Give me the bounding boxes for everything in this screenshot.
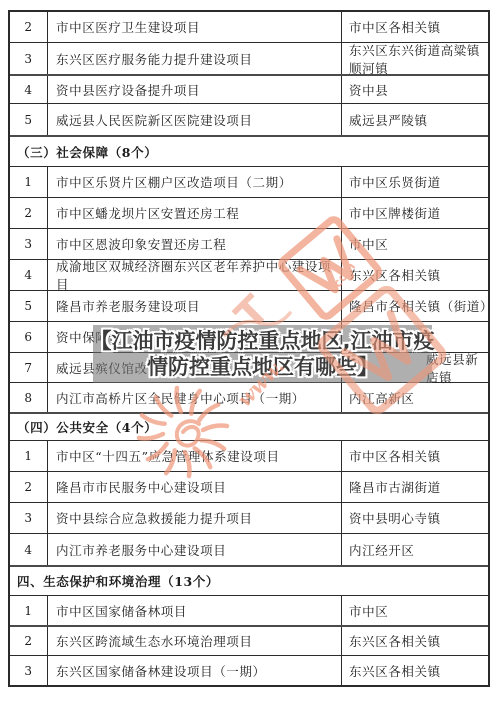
table-row: 3市中区恩波印象安置还房工程市中区 [10,228,488,259]
row-number: 1 [10,596,48,625]
table-row: 3东兴区国家储备林建设项目（一期）东兴区各相关镇 [10,655,488,685]
location-cell: 东兴区各相关镇 [342,260,488,290]
location-cell: 东兴区各相关镇 [342,656,488,685]
row-number: 7 [10,353,48,382]
table-row: 1市中区国家储备林项目市中区 [10,595,488,625]
row-number: 1 [10,441,48,471]
table-row: 4资中县医疗设备提升项目资中县 [10,74,488,103]
row-number: 6 [10,322,48,352]
row-number: 3 [10,503,48,533]
row-number: 3 [10,43,48,74]
location-cell: 东兴区东兴街道高粱镇顺河镇 [342,43,488,74]
location-cell: 威远县严陵镇 [342,104,488,135]
row-number: 3 [10,229,48,259]
watermark-title-overlay: 【江油市疫情防控重点地区,江油市疫 情防控重点地区有哪些】 [93,325,432,383]
row-number: 2 [10,472,48,502]
row-number: 1 [10,167,48,197]
document-page: 2市中区医疗卫生建设项目市中区各相关镇3东兴区医疗服务能力提升建设项目东兴区东兴… [0,0,500,707]
project-name-cell: 市中区国家储备林项目 [48,596,342,625]
table-row: 2市中区蟠龙坝片区安置还房工程市中区牌楼街道 [10,197,488,228]
project-name-cell: 东兴区跨流域生态水环境治理项目 [48,627,342,655]
project-name-cell: 东兴区国家储备林建设项目（一期） [48,656,342,685]
row-number: 2 [10,12,48,42]
row-number: 4 [10,260,48,290]
table-row: 4内江市养老服务中心建设项目内江经开区 [10,533,488,565]
location-cell: 市中区 [342,596,488,625]
table-row: 1市中区乐贤片区棚户区改造项目（二期）市中区乐贤街道 [10,166,488,197]
project-name-cell: 市中区“十四五”应急管理体系建设项目 [48,441,342,471]
table-row: 3资中县综合应急救援能力提升项目资中县明心寺镇 [10,502,488,533]
table-row: 8内江市高桥片区全民健身中心项目（一期）内江高新区 [10,382,488,412]
location-cell: 市中区牌楼街道 [342,198,488,228]
location-cell: 市中区各相关镇 [342,441,488,471]
section-header-row: （四）公共安全（4个） [10,412,488,440]
table-row: 2东兴区跨流域生态水环境治理项目东兴区各相关镇 [10,625,488,655]
location-cell: 隆昌市古湖街道 [342,472,488,502]
row-number: 4 [10,534,48,565]
row-number: 8 [10,383,48,412]
project-name-cell: 内江市高桥片区全民健身中心项目（一期） [48,383,342,412]
project-name-cell: 隆昌市养老服务建设项目 [48,291,342,321]
location-cell: 资中县 [342,76,488,103]
project-name-cell: 市中区医疗卫生建设项目 [48,12,342,42]
location-cell: 东兴区各相关镇 [342,627,488,655]
project-name-cell: 市中区乐贤片区棚户区改造项目（二期） [48,167,342,197]
row-number: 5 [10,104,48,135]
row-number: 2 [10,198,48,228]
project-name-cell: 隆昌市市民服务中心建设项目 [48,472,342,502]
row-number: 2 [10,627,48,655]
row-number: 4 [10,76,48,103]
location-cell: 市中区 [342,229,488,259]
project-name-cell: 资中县综合应急救援能力提升项目 [48,503,342,533]
table-row: 2市中区医疗卫生建设项目市中区各相关镇 [10,12,488,42]
row-number: 3 [10,656,48,685]
project-name-cell: 市中区恩波印象安置还房工程 [48,229,342,259]
table-row: 2隆昌市市民服务中心建设项目隆昌市古湖街道 [10,471,488,502]
table-row: 1市中区“十四五”应急管理体系建设项目市中区各相关镇 [10,440,488,471]
table-row: 5隆昌市养老服务建设项目隆昌市各相关镇（街道） [10,290,488,321]
project-name-cell: 威远县人民医院新区医院建设项目 [48,104,342,135]
table-row: 3东兴区医疗服务能力提升建设项目东兴区东兴街道高粱镇顺河镇 [10,42,488,74]
location-cell: 内江高新区 [342,383,488,412]
location-cell: 市中区乐贤街道 [342,167,488,197]
section-header-row: 四、生态保护和环境治理（13个） [10,565,488,595]
overlay-title-line2: 情防控重点地区有哪些】 [147,354,378,380]
location-cell: 内江经开区 [342,534,488,565]
location-cell: 资中县明心寺镇 [342,503,488,533]
overlay-title-line1: 【江油市疫情防控重点地区,江油市疫 [91,328,435,354]
section-header-row: （三）社会保障（8个） [10,135,488,166]
table-row: 4成渝地区双城经济圈东兴区老年养护中心建设项目东兴区各相关镇 [10,259,488,290]
project-name-cell: 东兴区医疗服务能力提升建设项目 [48,43,342,74]
project-name-cell: 资中县医疗设备提升项目 [48,76,342,103]
table-row: 5威远县人民医院新区医院建设项目威远县严陵镇 [10,103,488,135]
project-name-cell: 市中区蟠龙坝片区安置还房工程 [48,198,342,228]
location-cell: 隆昌市各相关镇（街道） [342,291,488,321]
project-name-cell: 内江市养老服务中心建设项目 [48,534,342,565]
row-number: 5 [10,291,48,321]
location-cell: 市中区各相关镇 [342,12,488,42]
project-name-cell: 成渝地区双城经济圈东兴区老年养护中心建设项目 [48,260,342,290]
